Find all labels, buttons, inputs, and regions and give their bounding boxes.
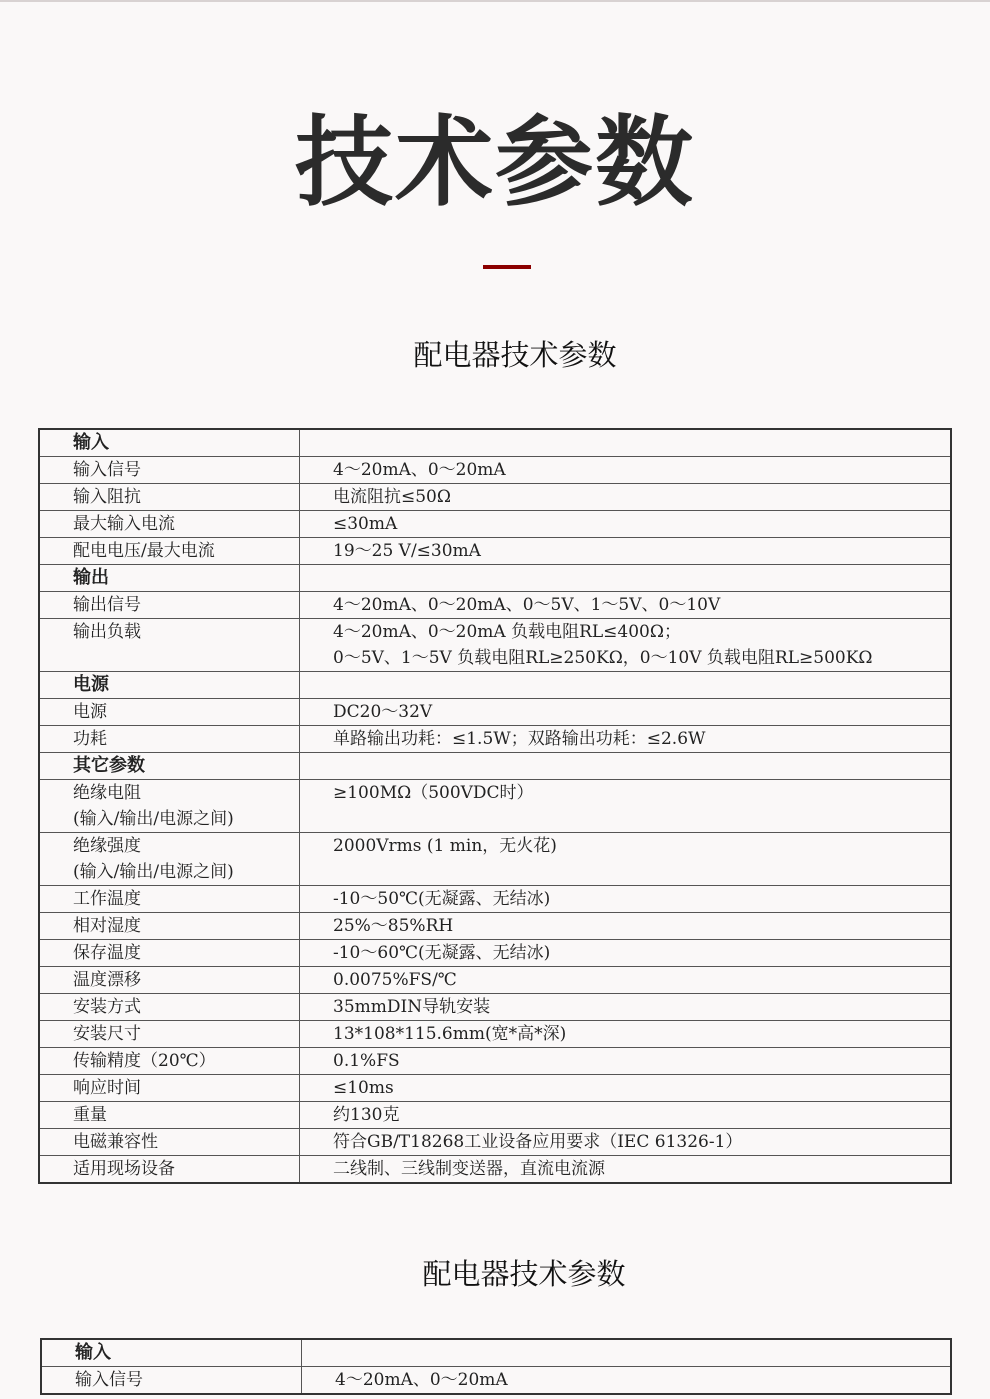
table-row: 输出负载4～20mA、0～20mA 负载电阻RL≤400Ω；0～5V、1～5V … — [39, 619, 951, 672]
label-line: 电源 — [73, 673, 299, 697]
param-value: 二线制、三线制变送器，直流电流源 — [300, 1156, 952, 1184]
table-row: 绝缘电阻(输入/输出/电源之间)≥100MΩ（500VDC时） — [39, 780, 951, 833]
label-line: (输入/输出/电源之间) — [73, 860, 299, 884]
value-line: 单路输出功耗：≤1.5W；双路输出功耗：≤2.6W — [333, 727, 950, 751]
param-value — [300, 565, 952, 592]
value-line: 13*108*115.6mm(宽*高*深) — [333, 1022, 950, 1046]
table-row: 功耗单路输出功耗：≤1.5W；双路输出功耗：≤2.6W — [39, 726, 951, 753]
param-label: 响应时间 — [39, 1075, 300, 1102]
param-label: 输出信号 — [39, 592, 300, 619]
value-line: 0.0075%FS/℃ — [333, 968, 950, 992]
category-row: 输入 — [39, 429, 951, 457]
label-line: 安装尺寸 — [73, 1022, 299, 1046]
value-line: 35mmDIN导轨安装 — [333, 995, 950, 1019]
param-label: 输入信号 — [39, 457, 300, 484]
label-line: 功耗 — [73, 727, 299, 751]
value-line: ≤30mA — [333, 512, 950, 536]
category-label: 其它参数 — [39, 753, 300, 780]
label-line: 输入阻抗 — [73, 485, 299, 509]
category-row: 输入 — [41, 1339, 951, 1367]
param-value: 25%～85%RH — [300, 913, 952, 940]
value-line: 0.1%FS — [333, 1049, 950, 1073]
value-line: 4～20mA、0～20mA — [335, 1368, 950, 1392]
param-label: 重量 — [39, 1102, 300, 1129]
category-label: 输入 — [39, 429, 300, 457]
param-label: 输出负载 — [39, 619, 300, 672]
param-label: 电磁兼容性 — [39, 1129, 300, 1156]
label-line: 配电电压/最大电流 — [73, 539, 299, 563]
param-label: 绝缘电阻(输入/输出/电源之间) — [39, 780, 300, 833]
table-row: 输出信号4～20mA、0～20mA、0～5V、1～5V、0～10V — [39, 592, 951, 619]
table-row: 适用现场设备二线制、三线制变送器，直流电流源 — [39, 1156, 951, 1184]
table-row: 电磁兼容性符合GB/T18268工业设备应用要求（IEC 61326-1） — [39, 1129, 951, 1156]
section-title: 配电器技术参数 — [0, 335, 990, 375]
label-line: 绝缘强度 — [73, 834, 299, 858]
label-line: 输入 — [73, 431, 299, 455]
value-line: 约130克 — [333, 1103, 950, 1127]
table-row: 传输精度（20℃）0.1%FS — [39, 1048, 951, 1075]
spec-table-2: 输入输入信号4～20mA、0～20mA — [40, 1338, 952, 1395]
table-row: 电源DC20～32V — [39, 699, 951, 726]
table-row: 绝缘强度(输入/输出/电源之间)2000Vrms (1 min，无火花) — [39, 833, 951, 886]
param-value: 4～20mA、0～20mA、0～5V、1～5V、0～10V — [300, 592, 952, 619]
param-label: 工作温度 — [39, 886, 300, 913]
param-value: 35mmDIN导轨安装 — [300, 994, 952, 1021]
label-line: (输入/输出/电源之间) — [73, 807, 299, 831]
value-line: 4～20mA、0～20mA、0～5V、1～5V、0～10V — [333, 593, 950, 617]
param-value: 0.0075%FS/℃ — [300, 967, 952, 994]
value-line: ≤10ms — [333, 1076, 950, 1100]
label-line: 输出负载 — [73, 620, 299, 644]
param-value: -10～60℃(无凝露、无结冰) — [300, 940, 952, 967]
param-label: 安装方式 — [39, 994, 300, 1021]
label-line: 其它参数 — [73, 754, 299, 778]
table-row: 重量约130克 — [39, 1102, 951, 1129]
table-row: 输入信号4～20mA、0～20mA — [39, 457, 951, 484]
param-value — [300, 753, 952, 780]
label-line: 传输精度（20℃） — [73, 1049, 299, 1073]
param-label: 最大输入电流 — [39, 511, 300, 538]
category-label: 输出 — [39, 565, 300, 592]
param-value: ≤30mA — [300, 511, 952, 538]
category-label: 电源 — [39, 672, 300, 699]
section-title-2: 配电器技术参数 — [0, 1254, 990, 1294]
table-row: 响应时间≤10ms — [39, 1075, 951, 1102]
param-value: 单路输出功耗：≤1.5W；双路输出功耗：≤2.6W — [300, 726, 952, 753]
param-label: 功耗 — [39, 726, 300, 753]
label-line: 输入信号 — [75, 1368, 301, 1392]
value-line: 4～20mA、0～20mA — [333, 458, 950, 482]
value-line: -10～60℃(无凝露、无结冰) — [333, 941, 950, 965]
param-value: 符合GB/T18268工业设备应用要求（IEC 61326-1） — [300, 1129, 952, 1156]
label-line: 安装方式 — [73, 995, 299, 1019]
param-label: 相对湿度 — [39, 913, 300, 940]
param-value: 4～20mA、0～20mA — [300, 457, 952, 484]
label-line: 电源 — [73, 700, 299, 724]
table-row: 温度漂移0.0075%FS/℃ — [39, 967, 951, 994]
label-line: 适用现场设备 — [73, 1157, 299, 1181]
label-line: 工作温度 — [73, 887, 299, 911]
param-label: 输入阻抗 — [39, 484, 300, 511]
param-value: ≥100MΩ（500VDC时） — [300, 780, 952, 833]
label-line: 输出 — [73, 566, 299, 590]
category-label: 输入 — [41, 1339, 302, 1367]
param-value — [302, 1339, 952, 1367]
value-line: 0～5V、1～5V 负载电阻RL≥250KΩ，0～10V 负载电阻RL≥500K… — [333, 646, 950, 670]
param-value: 2000Vrms (1 min，无火花) — [300, 833, 952, 886]
label-line: 绝缘电阻 — [73, 781, 299, 805]
label-line: 最大输入电流 — [73, 512, 299, 536]
param-label: 电源 — [39, 699, 300, 726]
param-value: 19～25 V/≤30mA — [300, 538, 952, 565]
table-row: 配电电压/最大电流19～25 V/≤30mA — [39, 538, 951, 565]
param-label: 配电电压/最大电流 — [39, 538, 300, 565]
param-value: 13*108*115.6mm(宽*高*深) — [300, 1021, 952, 1048]
label-line: 保存温度 — [73, 941, 299, 965]
param-label: 适用现场设备 — [39, 1156, 300, 1184]
category-row: 输出 — [39, 565, 951, 592]
title-accent-bar — [483, 265, 531, 269]
label-line: 相对湿度 — [73, 914, 299, 938]
param-label: 安装尺寸 — [39, 1021, 300, 1048]
table-row: 输入信号4～20mA、0～20mA — [41, 1367, 951, 1395]
param-label: 输入信号 — [41, 1367, 302, 1395]
value-line: DC20～32V — [333, 700, 950, 724]
param-value: DC20～32V — [300, 699, 952, 726]
param-label: 传输精度（20℃） — [39, 1048, 300, 1075]
spec-table: 输入输入信号4～20mA、0～20mA输入阻抗电流阻抗≤50Ω最大输入电流≤30… — [38, 428, 952, 1184]
table-row: 输入阻抗电流阻抗≤50Ω — [39, 484, 951, 511]
category-row: 其它参数 — [39, 753, 951, 780]
table-row: 保存温度-10～60℃(无凝露、无结冰) — [39, 940, 951, 967]
param-value: 4～20mA、0～20mA — [302, 1367, 952, 1395]
label-line: 响应时间 — [73, 1076, 299, 1100]
param-value: 约130克 — [300, 1102, 952, 1129]
label-line: 输入信号 — [73, 458, 299, 482]
param-value: 4～20mA、0～20mA 负载电阻RL≤400Ω；0～5V、1～5V 负载电阻… — [300, 619, 952, 672]
page-title: 技术参数 — [0, 98, 990, 228]
param-value: 电流阻抗≤50Ω — [300, 484, 952, 511]
param-value: ≤10ms — [300, 1075, 952, 1102]
table-row: 工作温度-10～50℃(无凝露、无结冰) — [39, 886, 951, 913]
table-row: 最大输入电流≤30mA — [39, 511, 951, 538]
param-label: 温度漂移 — [39, 967, 300, 994]
param-label: 保存温度 — [39, 940, 300, 967]
value-line: ≥100MΩ（500VDC时） — [333, 781, 950, 805]
label-line: 温度漂移 — [73, 968, 299, 992]
param-value: -10～50℃(无凝露、无结冰) — [300, 886, 952, 913]
value-line: 二线制、三线制变送器，直流电流源 — [333, 1157, 950, 1181]
value-line: 19～25 V/≤30mA — [333, 539, 950, 563]
value-line: 2000Vrms (1 min，无火花) — [333, 834, 950, 858]
label-line: 输出信号 — [73, 593, 299, 617]
value-line: 25%～85%RH — [333, 914, 950, 938]
value-line: 电流阻抗≤50Ω — [333, 485, 950, 509]
label-line: 电磁兼容性 — [73, 1130, 299, 1154]
value-line: 符合GB/T18268工业设备应用要求（IEC 61326-1） — [333, 1130, 950, 1154]
table-row: 安装尺寸13*108*115.6mm(宽*高*深) — [39, 1021, 951, 1048]
param-value: 0.1%FS — [300, 1048, 952, 1075]
table-row: 安装方式35mmDIN导轨安装 — [39, 994, 951, 1021]
label-line: 输入 — [75, 1341, 301, 1365]
category-row: 电源 — [39, 672, 951, 699]
param-label: 绝缘强度(输入/输出/电源之间) — [39, 833, 300, 886]
param-value — [300, 672, 952, 699]
table-row: 相对湿度25%～85%RH — [39, 913, 951, 940]
label-line: 重量 — [73, 1103, 299, 1127]
top-divider — [0, 0, 990, 2]
param-value — [300, 429, 952, 457]
value-line: 4～20mA、0～20mA 负载电阻RL≤400Ω； — [333, 620, 950, 644]
value-line: -10～50℃(无凝露、无结冰) — [333, 887, 950, 911]
